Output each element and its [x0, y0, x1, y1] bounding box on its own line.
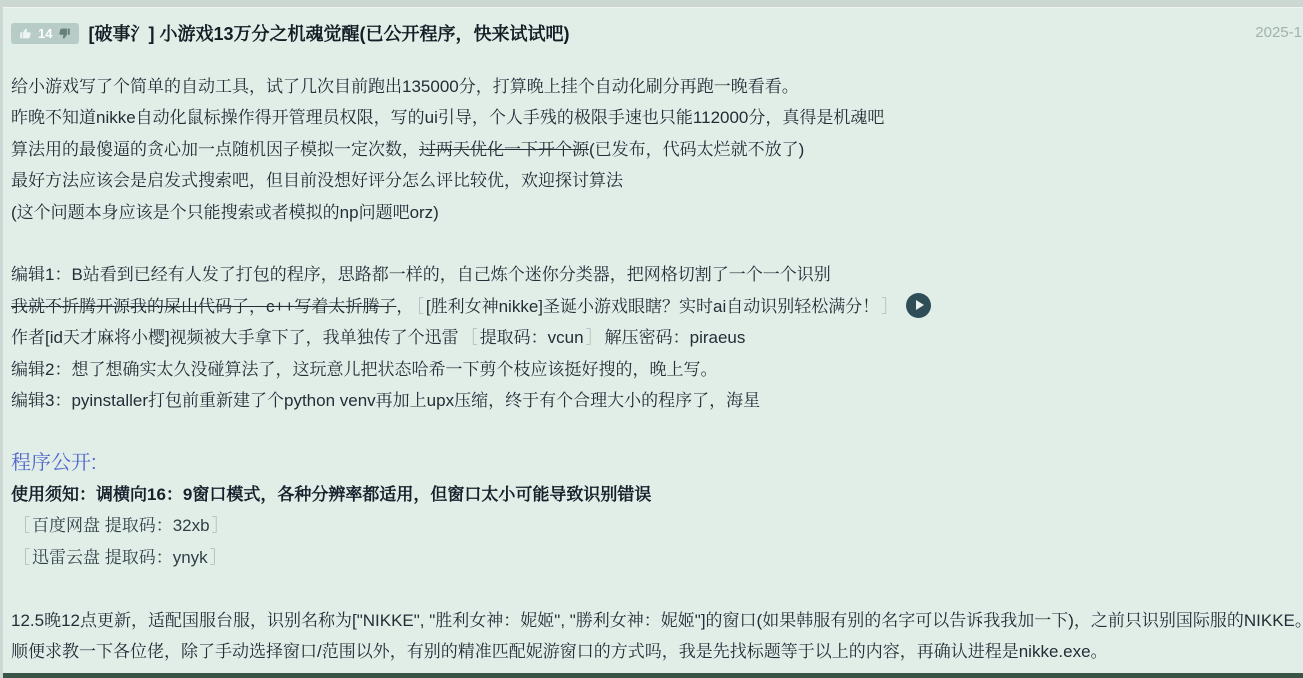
vote-badge[interactable]: 14	[11, 23, 79, 44]
netdisk-link[interactable]: 迅雷云盘 提取码：ynyk	[32, 548, 208, 567]
play-icon	[916, 300, 924, 310]
text-run: 给小游戏写了个简单的自动工具，试了几次目前跑出135000分，打算晚上挂个自动化…	[11, 77, 799, 96]
top-divider	[3, 0, 1303, 8]
bracket-decoration: ［	[11, 548, 32, 567]
bracket-decoration: ［	[413, 297, 426, 316]
text-run: 编辑3：pyinstaller打包前重新建了个python venv再加上upx…	[11, 391, 760, 410]
text-run: 最好方法应该会是启发式搜索吧，但目前没想好评分怎么评比较优，欢迎探讨算法	[11, 171, 623, 190]
text-run: ，	[396, 297, 413, 316]
text-run: 昨晚不知道nikke自动化鼠标操作得开管理员权限，写的ui引导，个人手残的极限手…	[11, 108, 884, 127]
post-line: (这个问题本身应该是个只能搜索或者模拟的np问题吧orz)	[11, 197, 1303, 228]
post-line: 编辑2：想了想确实太久没碰算法了，这玩意儿把状态哈希一下剪个枝应该挺好搜的，晚上…	[11, 354, 1303, 385]
thumbs-up-icon[interactable]	[19, 27, 32, 40]
strikethrough-text: 我就不折腾开源我的屎山代码了，c++写着太折腾了	[11, 297, 396, 316]
post-body: 给小游戏写了个简单的自动工具，试了几次目前跑出135000分，打算晚上挂个自动化…	[3, 71, 1303, 667]
bracket-decoration: ［	[11, 516, 32, 535]
post-header: 14 [破事氵] 小游戏13万分之机魂觉醒(已公开程序，快来试试吧) 2025-…	[3, 8, 1303, 45]
text-run: 解压密码：piraeus	[605, 328, 746, 347]
text-run: 提取码：vcun	[480, 328, 584, 347]
text-run: 12.5晚12点更新，适配国服台服，识别名称为["NIKKE", "胜利女神：妮…	[11, 611, 1303, 630]
text-run: (已发布，代码太烂就不放了)	[589, 140, 804, 159]
post-line: 最好方法应该会是启发式搜索吧，但目前没想好评分怎么评比较优，欢迎探讨算法	[11, 165, 1303, 196]
bracket-decoration: ］	[879, 297, 900, 316]
bottom-divider	[3, 673, 1303, 678]
vote-count: 14	[38, 27, 52, 40]
post-date: 2025-1	[1255, 24, 1302, 41]
post-line	[11, 228, 1303, 259]
netdisk-link[interactable]: 百度网盘 提取码：32xb	[32, 516, 210, 535]
strikethrough-text: 过两天优化一下开个源	[419, 140, 589, 159]
video-link[interactable]: [胜利女神nikke]圣诞小游戏眼瞎？实时ai自动识别轻松满分！	[426, 297, 879, 316]
thumbs-down-icon[interactable]	[58, 27, 71, 40]
text-run: 使用须知：调横向16：9窗口模式，各种分辨率都适用，但窗口太小可能导致识别错误	[11, 485, 651, 504]
text-run: 编辑2：想了想确实太久没碰算法了，这玩意儿把状态哈希一下剪个枝应该挺好搜的，晚上…	[11, 360, 717, 379]
post-line: ［迅雷云盘 提取码：ynyk］	[11, 542, 1303, 573]
bracket-decoration: ［	[459, 328, 480, 347]
text-run: 顺便求教一下各位佬，除了手动选择窗口/范围以外，有别的精准匹配妮游窗口的方式吗，…	[11, 642, 1108, 661]
post-line: 顺便求教一下各位佬，除了手动选择窗口/范围以外，有别的精准匹配妮游窗口的方式吗，…	[11, 636, 1303, 667]
text-run: 编辑1：B站看到已经有人发了打包的程序，思路都一样的，自己炼个迷你分类器，把网格…	[11, 265, 831, 284]
post-title: [破事氵] 小游戏13万分之机魂觉醒(已公开程序，快来试试吧)	[88, 20, 569, 46]
bracket-decoration: ］	[208, 548, 229, 567]
text-run: 作者[id天才麻将小樱]视频被大手拿下了，我单独传了个迅雷	[11, 328, 459, 347]
post-line: ［百度网盘 提取码：32xb］	[11, 510, 1303, 541]
bracket-decoration: ］	[210, 516, 231, 535]
post-line: 昨晚不知道nikke自动化鼠标操作得开管理员权限，写的ui引导，个人手残的极限手…	[11, 102, 1303, 133]
post-line: 给小游戏写了个简单的自动工具，试了几次目前跑出135000分，打算晚上挂个自动化…	[11, 71, 1303, 102]
post-line: 我就不折腾开源我的屎山代码了，c++写着太折腾了，［[胜利女神nikke]圣诞小…	[11, 291, 1303, 322]
text-run: 算法用的最傻逼的贪心加一点随机因子模拟一定次数，	[11, 140, 419, 159]
post-line: 12.5晚12点更新，适配国服台服，识别名称为["NIKKE", "胜利女神：妮…	[11, 605, 1303, 636]
bracket-decoration: ］	[584, 328, 605, 347]
post-line	[11, 416, 1303, 447]
text-run: 程序公开:	[11, 452, 97, 474]
text-run: (这个问题本身应该是个只能搜索或者模拟的np问题吧orz)	[11, 203, 439, 222]
video-play-button[interactable]	[906, 293, 931, 318]
section-heading: 程序公开:	[11, 448, 1303, 479]
post-line: 作者[id天才麻将小樱]视频被大手拿下了，我单独传了个迅雷［提取码：vcun］解…	[11, 322, 1303, 353]
post-line: 使用须知：调横向16：9窗口模式，各种分辨率都适用，但窗口太小可能导致识别错误	[11, 479, 1303, 510]
post-line: 编辑1：B站看到已经有人发了打包的程序，思路都一样的，自己炼个迷你分类器，把网格…	[11, 259, 1303, 290]
post-line: 算法用的最傻逼的贪心加一点随机因子模拟一定次数，过两天优化一下开个源(已发布，代…	[11, 134, 1303, 165]
forum-post-page: 14 [破事氵] 小游戏13万分之机魂觉醒(已公开程序，快来试试吧) 2025-…	[0, 0, 1303, 678]
post-line: 编辑3：pyinstaller打包前重新建了个python venv再加上upx…	[11, 385, 1303, 416]
post-line	[11, 573, 1303, 604]
